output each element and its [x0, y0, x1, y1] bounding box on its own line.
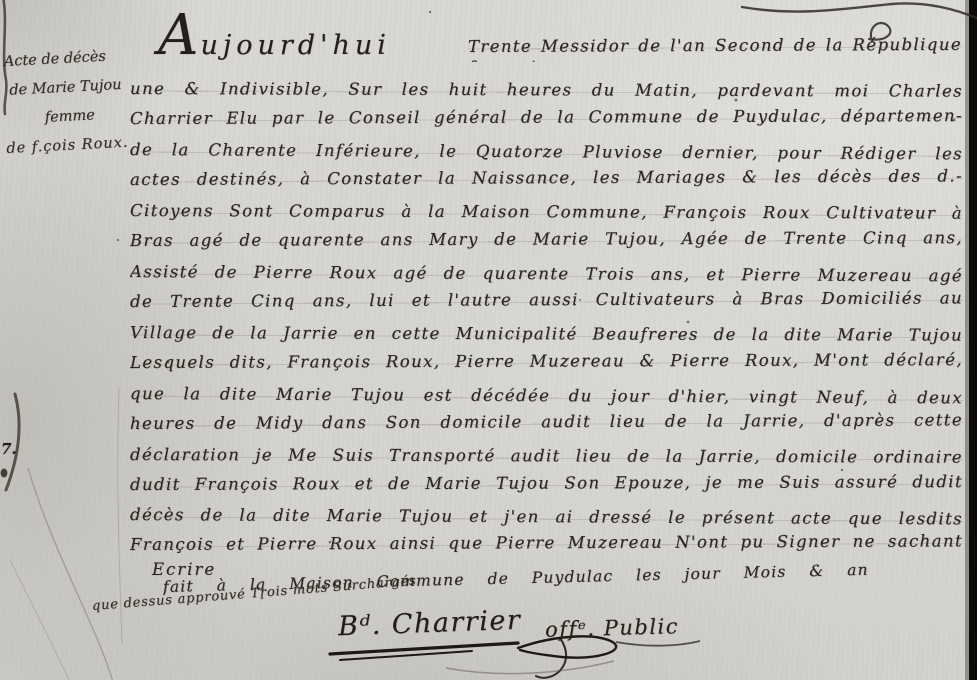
body-line: actes destinés, à Constater la Naissance… [130, 165, 963, 195]
body-line: heures de Midy dans Son domicile audit l… [130, 409, 963, 439]
officer-signature: Bᵈ. Charrier [338, 605, 522, 642]
margin-number-mark: 7. [1, 440, 17, 458]
officer-title: offᵉ. Public [545, 614, 680, 641]
document-scan-page: Acte de décès de Marie Tujou femme de f.… [0, 0, 977, 680]
body-line: Assisté de Pierre Roux agé de quarente T… [130, 261, 963, 291]
right-scan-edge [969, 0, 977, 680]
body-line: de la Charente Inférieure, le Quatorze P… [130, 139, 963, 169]
body-line: Lesquels dits, François Roux, Pierre Muz… [130, 349, 963, 378]
right-scan-edge-soft [965, 0, 969, 680]
body-line: Citoyens Sont Comparus à la Maison Commu… [130, 200, 963, 229]
body-line: Bras agé de quarente ans Mary de Marie T… [130, 227, 963, 256]
body-line: Charrier Elu par le Conseil général de l… [130, 105, 963, 134]
body-line: déclaration je Me Suis Transporté audit … [130, 444, 963, 473]
top-right-ink-flourish [742, 3, 977, 19]
body-line: François et Pierre Roux ainsi que Pierre… [130, 530, 963, 560]
body-line: que la dite Marie Tujou est décédée du j… [130, 383, 963, 413]
body-line: de Trente Cinq ans, lui et l'autre aussi… [130, 287, 963, 317]
left-margin-ink-blot [1, 469, 8, 478]
body-line: une & Indivisible, Sur les huit heures d… [130, 78, 963, 107]
paper-crease-line-3 [10, 560, 70, 680]
signature-paraph-flourish [330, 636, 700, 677]
body-line: décès de la dite Marie Tujou et j'en ai … [130, 504, 963, 534]
body-line: Village de la Jarrie en cette Municipali… [130, 322, 963, 351]
body-line: Trente Messidor de l'an Second de la Rép… [468, 34, 962, 62]
paper-crease-line [28, 468, 113, 680]
opening-word: Aujourd'hui [158, 16, 391, 61]
body-line: dudit François Roux et de Marie Tujou So… [130, 471, 963, 500]
